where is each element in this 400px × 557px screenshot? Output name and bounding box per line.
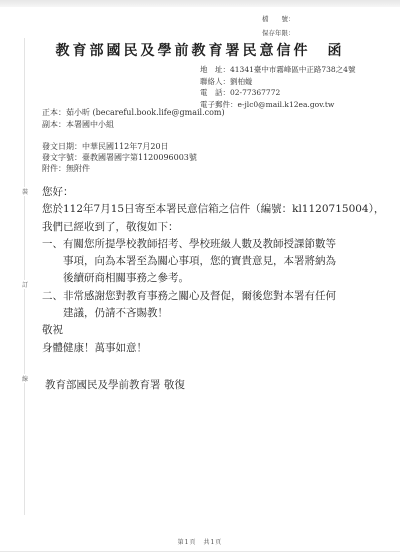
letter-body: 您好： 您於112年7月15日寄至本署民意信箱之信件（編號：kl11207150… (42, 184, 384, 357)
document-number: 發文字號：臺教國署國字第1120096003號 (42, 152, 197, 163)
recipient-copy: 副本：本署國中小組 (42, 119, 225, 131)
body-line: 敬祝 (42, 322, 384, 339)
binding-mark-zhuang: 裝 (19, 187, 31, 196)
body-line: 身體健康！萬事如意！ (42, 340, 384, 357)
agency-contact-person: 聯絡人：劉柏嫙 (200, 76, 355, 88)
file-number-label: 檔 號： (262, 12, 295, 26)
agency-address: 地 址：41341臺中市霧峰區中正路738之4號 (200, 64, 355, 76)
body-line: 一、有關您所提學校教師招考、學校班級人數及教師授課節數等 (42, 236, 384, 253)
document-meta-block: 發文日期：中華民國112年7月20日 發文字號：臺教國署國字第112009600… (42, 141, 197, 174)
binding-mark-xian: 線 (19, 374, 31, 383)
page-number-footer: 第1頁 共1頁 (0, 537, 400, 546)
document-title: 教育部國民及學前教育署民意信件 函 (0, 40, 400, 60)
recipients-block: 正本：茹小昕 (becareful.book.life@gmail.com) 副… (42, 107, 225, 130)
file-number-block: 檔 號： 保存年限： (262, 12, 295, 40)
body-line: 您好： (42, 184, 384, 201)
binding-mark-ding: 訂 (19, 280, 31, 289)
page-bottom-edge (0, 551, 400, 552)
agency-phone: 電 話：02-77367772 (200, 87, 355, 99)
binding-line (24, 38, 25, 515)
body-line: 建議，仍請不吝賜教！ (42, 305, 384, 322)
signature-line: 教育部國民及學前教育署 敬復 (45, 377, 185, 392)
agency-contact-block: 地 址：41341臺中市霧峰區中正路738之4號 聯絡人：劉柏嫙 電 話：02-… (200, 64, 355, 110)
body-line: 二、非常感謝您對教育事務之關心及督促，爾後您對本署有任何 (42, 288, 384, 305)
attachment-info: 附件：無附件 (42, 163, 197, 174)
body-line: 後續研商相關事務之參考。 (42, 270, 384, 287)
recipient-original: 正本：茹小昕 (becareful.book.life@gmail.com) (42, 107, 225, 119)
body-line: 我們已經收到了，敬復如下： (42, 219, 384, 236)
body-line: 您於112年7月15日寄至本署民意信箱之信件（編號：kl1120715004）， (42, 201, 384, 218)
body-line: 事項，向為本署至為關心事項，您的寶貴意見，本署將納為 (42, 253, 384, 270)
page-top-edge (0, 0, 400, 7)
retention-period-label: 保存年限： (262, 26, 295, 40)
issue-date: 發文日期：中華民國112年7月20日 (42, 141, 197, 152)
